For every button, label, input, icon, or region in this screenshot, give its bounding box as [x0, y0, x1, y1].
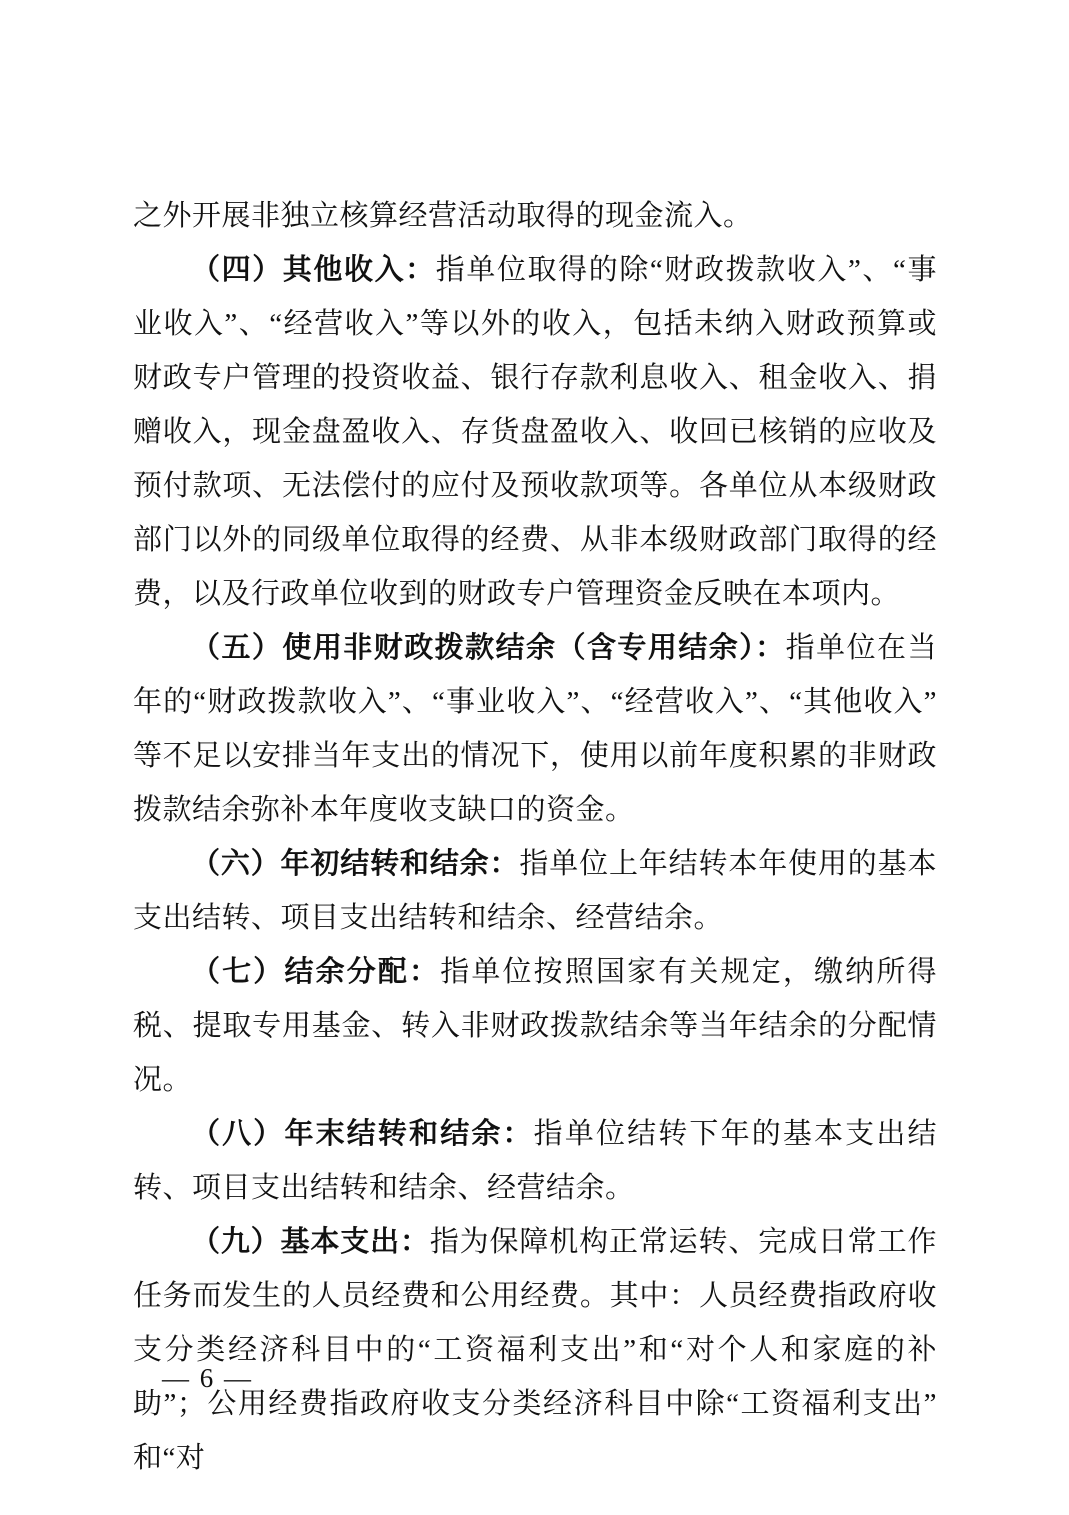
- paragraph-text: 指单位取得的除“财政拨款收入”、“事业收入”、“经营收入”等以外的收入，包括未纳…: [133, 254, 937, 610]
- paragraph-heading: （六）年初结转和结余：: [191, 848, 519, 880]
- paragraph-heading: （八）年末结转和结余：: [191, 1118, 534, 1150]
- paragraph: （八）年末结转和结余：指单位结转下年的基本支出结转、项目支出结转和结余、经营结余…: [133, 1107, 937, 1215]
- paragraph-text: 之外开展非独立核算经营活动取得的现金流入。: [133, 200, 753, 232]
- paragraph-heading: （五）使用非财政拨款结余（含专用结余）：: [191, 632, 786, 664]
- paragraph: （九）基本支出：指为保障机构正常运转、完成日常工作任务而发生的人员经费和公用经费…: [133, 1215, 937, 1485]
- paragraph: （四）其他收入：指单位取得的除“财政拨款收入”、“事业收入”、“经营收入”等以外…: [133, 243, 937, 621]
- paragraph-text: 指为保障机构正常运转、完成日常工作任务而发生的人员经费和公用经费。其中：人员经费…: [133, 1226, 937, 1474]
- document-body: 之外开展非独立核算经营活动取得的现金流入。（四）其他收入：指单位取得的除“财政拨…: [133, 189, 937, 1485]
- paragraph: （六）年初结转和结余：指单位上年结转本年使用的基本支出结转、项目支出结转和结余、…: [133, 837, 937, 945]
- paragraph: （五）使用非财政拨款结余（含专用结余）：指单位在当年的“财政拨款收入”、“事业收…: [133, 621, 937, 837]
- paragraph-heading: （七）结余分配：: [191, 956, 440, 988]
- paragraph-heading: （四）其他收入：: [191, 254, 436, 286]
- page-number: — 6 —: [162, 1358, 253, 1398]
- paragraph-heading: （九）基本支出：: [191, 1226, 430, 1258]
- document-page: 之外开展非独立核算经营活动取得的现金流入。（四）其他收入：指单位取得的除“财政拨…: [0, 0, 1069, 1515]
- paragraph: （七）结余分配：指单位按照国家有关规定，缴纳所得税、提取专用基金、转入非财政拨款…: [133, 945, 937, 1107]
- paragraph: 之外开展非独立核算经营活动取得的现金流入。: [133, 189, 937, 243]
